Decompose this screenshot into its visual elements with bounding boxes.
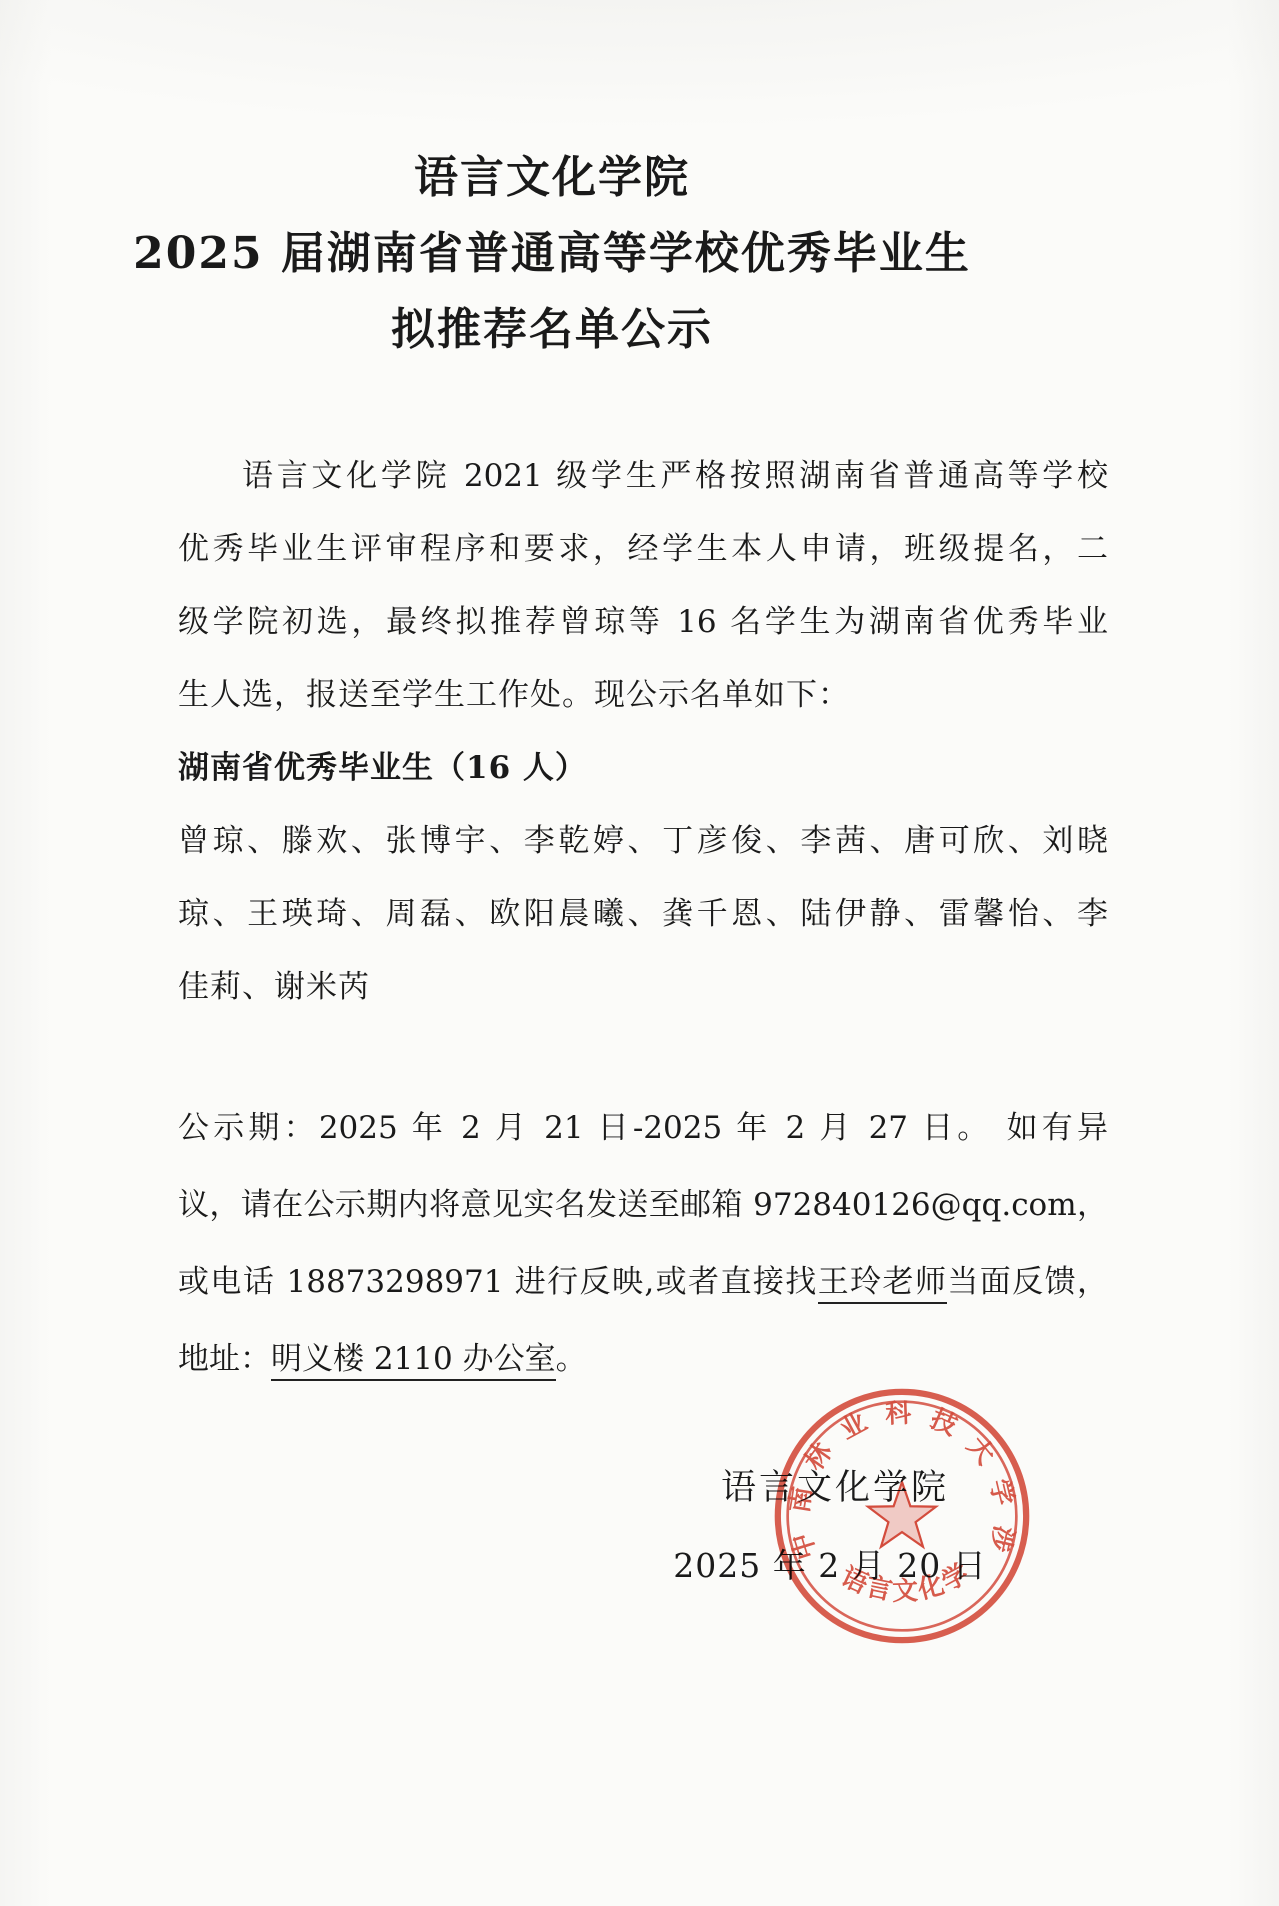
names-line: 琼、王瑛琦、周磊、欧阳晨曦、龚千恩、陆伊静、雷馨怡、李 xyxy=(178,878,1108,951)
scanned-notice-page: 语言文化学院 2025 届湖南省普通高等学校优秀毕业生 拟推荐名单公示 语言文化… xyxy=(0,0,1279,1906)
official-seal: 中南林业科技大学涉外学院 语言文化学院 xyxy=(768,1382,1036,1650)
text-segment: 或电话 18873298971 进行反映,或者直接找 xyxy=(178,1264,818,1300)
notice-line: 或电话 18873298971 进行反映,或者直接找王玲老师当面反馈， xyxy=(178,1244,1108,1321)
text-segment: 公示期：2025 年 2 月 21 日-2025 年 2 月 27 日。 如有异 xyxy=(178,1110,1108,1146)
text-segment: 。 xyxy=(556,1341,587,1377)
text-segment: 议，请在公示期内将意见实名发送至邮箱 972840126@qq.com， xyxy=(178,1187,1108,1223)
underlined-text: 明义楼 2110 办公室 xyxy=(271,1341,556,1381)
title-line-1: 语言文化学院 xyxy=(0,140,1104,216)
seal-star-icon xyxy=(868,1482,936,1547)
paragraph-line: 生人选，报送至学生工作处。现公示名单如下： xyxy=(178,659,1108,732)
names-line: 佳莉、谢米芮 xyxy=(178,951,1108,1024)
document-title-block: 语言文化学院 2025 届湖南省普通高等学校优秀毕业生 拟推荐名单公示 xyxy=(0,140,1104,368)
notice-period-block: 公示期：2025 年 2 月 21 日-2025 年 2 月 27 日。 如有异… xyxy=(178,1090,1108,1398)
paragraph-line: 优秀毕业生评审程序和要求，经学生本人申请，班级提名，二 xyxy=(178,513,1108,586)
title-line-3: 拟推荐名单公示 xyxy=(0,292,1104,368)
text-segment: 地址： xyxy=(178,1341,271,1377)
body-paragraph: 语言文化学院 2021 级学生严格按照湖南省普通高等学校 优秀毕业生评审程序和要… xyxy=(178,440,1108,1024)
title-line-2: 2025 届湖南省普通高等学校优秀毕业生 xyxy=(0,216,1104,292)
paragraph-line: 语言文化学院 2021 级学生严格按照湖南省普通高等学校 xyxy=(178,440,1108,513)
text-segment: 当面反馈， xyxy=(947,1264,1108,1300)
paragraph-line: 级学院初选，最终拟推荐曾琼等 16 名学生为湖南省优秀毕业 xyxy=(178,586,1108,659)
notice-line: 议，请在公示期内将意见实名发送至邮箱 972840126@qq.com， xyxy=(178,1167,1108,1244)
names-line: 曾琼、滕欢、张博宇、李乾婷、丁彦俊、李茜、唐可欣、刘晓 xyxy=(178,805,1108,878)
underlined-text: 王玲老师 xyxy=(818,1264,948,1304)
notice-line: 公示期：2025 年 2 月 21 日-2025 年 2 月 27 日。 如有异 xyxy=(178,1090,1108,1167)
list-heading: 湖南省优秀毕业生（16 人） xyxy=(178,732,1108,805)
